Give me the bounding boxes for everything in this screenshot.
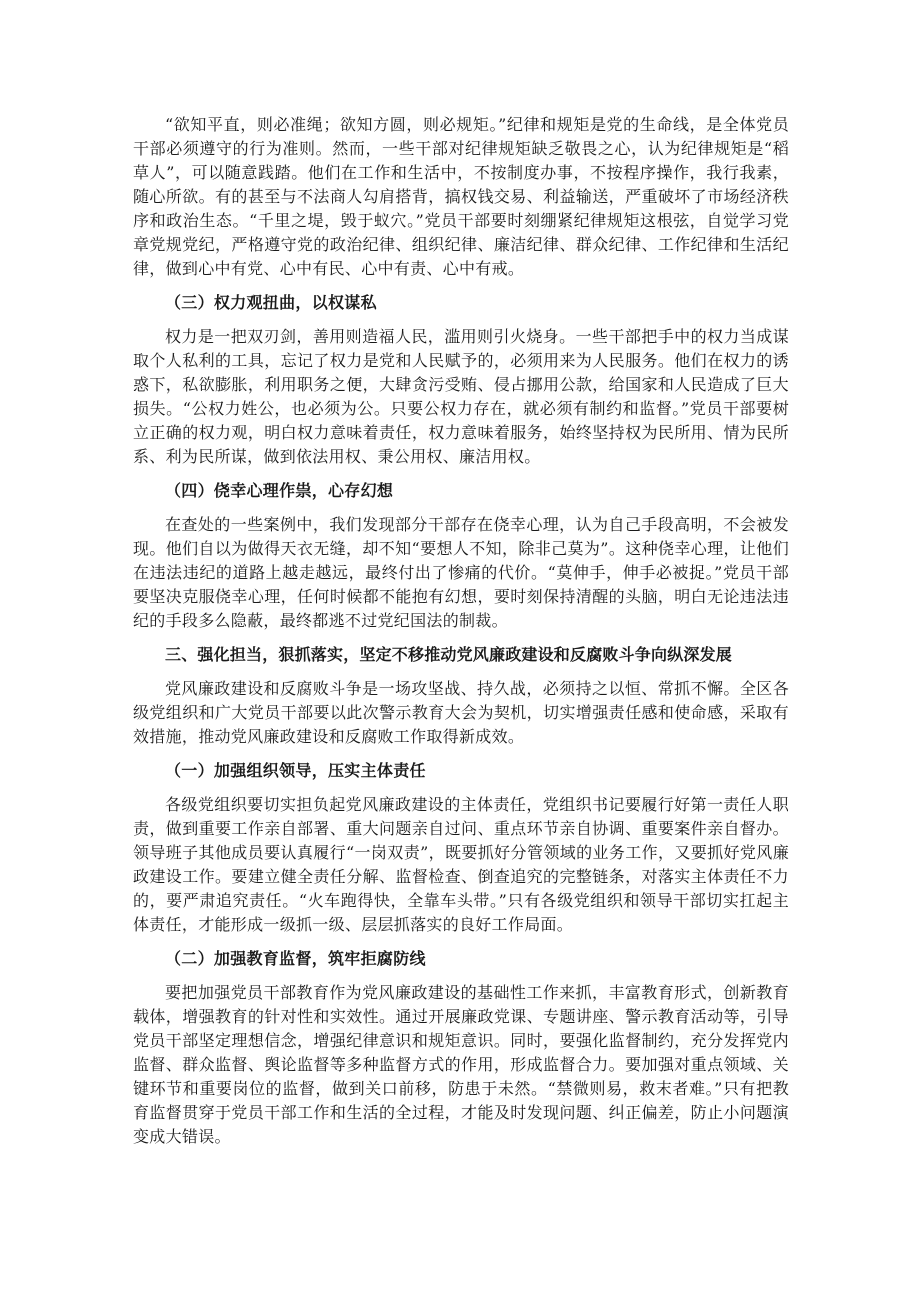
paragraph-discipline-rules: “欲知平直，则必准绳；欲知方圆，则必规矩。”纪律和规矩是党的生命线，是全体党员干… (133, 113, 789, 281)
paragraph-education: 要把加强党员干部教育作为党风廉政建设的基础性工作来抓，丰富教育形式，创新教育载体… (133, 981, 789, 1149)
subheading-organization-leadership: （一）加强组织领导，压实主体责任 (133, 759, 789, 783)
paragraph-section-three-intro: 党风廉政建设和反腐败斗争是一场攻坚战、持久战，必须持之以恒、常抓不懈。全区各级党… (133, 677, 789, 749)
paragraph-power: 权力是一把双刃剑，善用则造福人民，滥用则引火烧身。一些干部把手中的权力当成谋取个… (133, 325, 789, 469)
section-heading-three: 三、强化担当，狠抓落实，坚定不移推动党风廉政建设和反腐败斗争向纵深发展 (133, 643, 789, 667)
paragraph-luck: 在查处的一些案例中，我们发现部分干部存在侥幸心理，认为自己手段高明，不会被发现。… (133, 513, 789, 633)
subheading-education-supervision: （二）加强教育监督，筑牢拒腐防线 (133, 947, 789, 971)
subheading-power-distortion: （三）权力观扭曲，以权谋私 (133, 291, 789, 315)
paragraph-leadership: 各级党组织要切实担负起党风廉政建设的主体责任，党组织书记要履行好第一责任人职责，… (133, 793, 789, 937)
subheading-luck-mentality: （四）侥幸心理作祟，心存幻想 (133, 479, 789, 503)
document-page: “欲知平直，则必准绳；欲知方圆，则必规矩。”纪律和规矩是党的生命线，是全体党员干… (133, 113, 789, 1149)
